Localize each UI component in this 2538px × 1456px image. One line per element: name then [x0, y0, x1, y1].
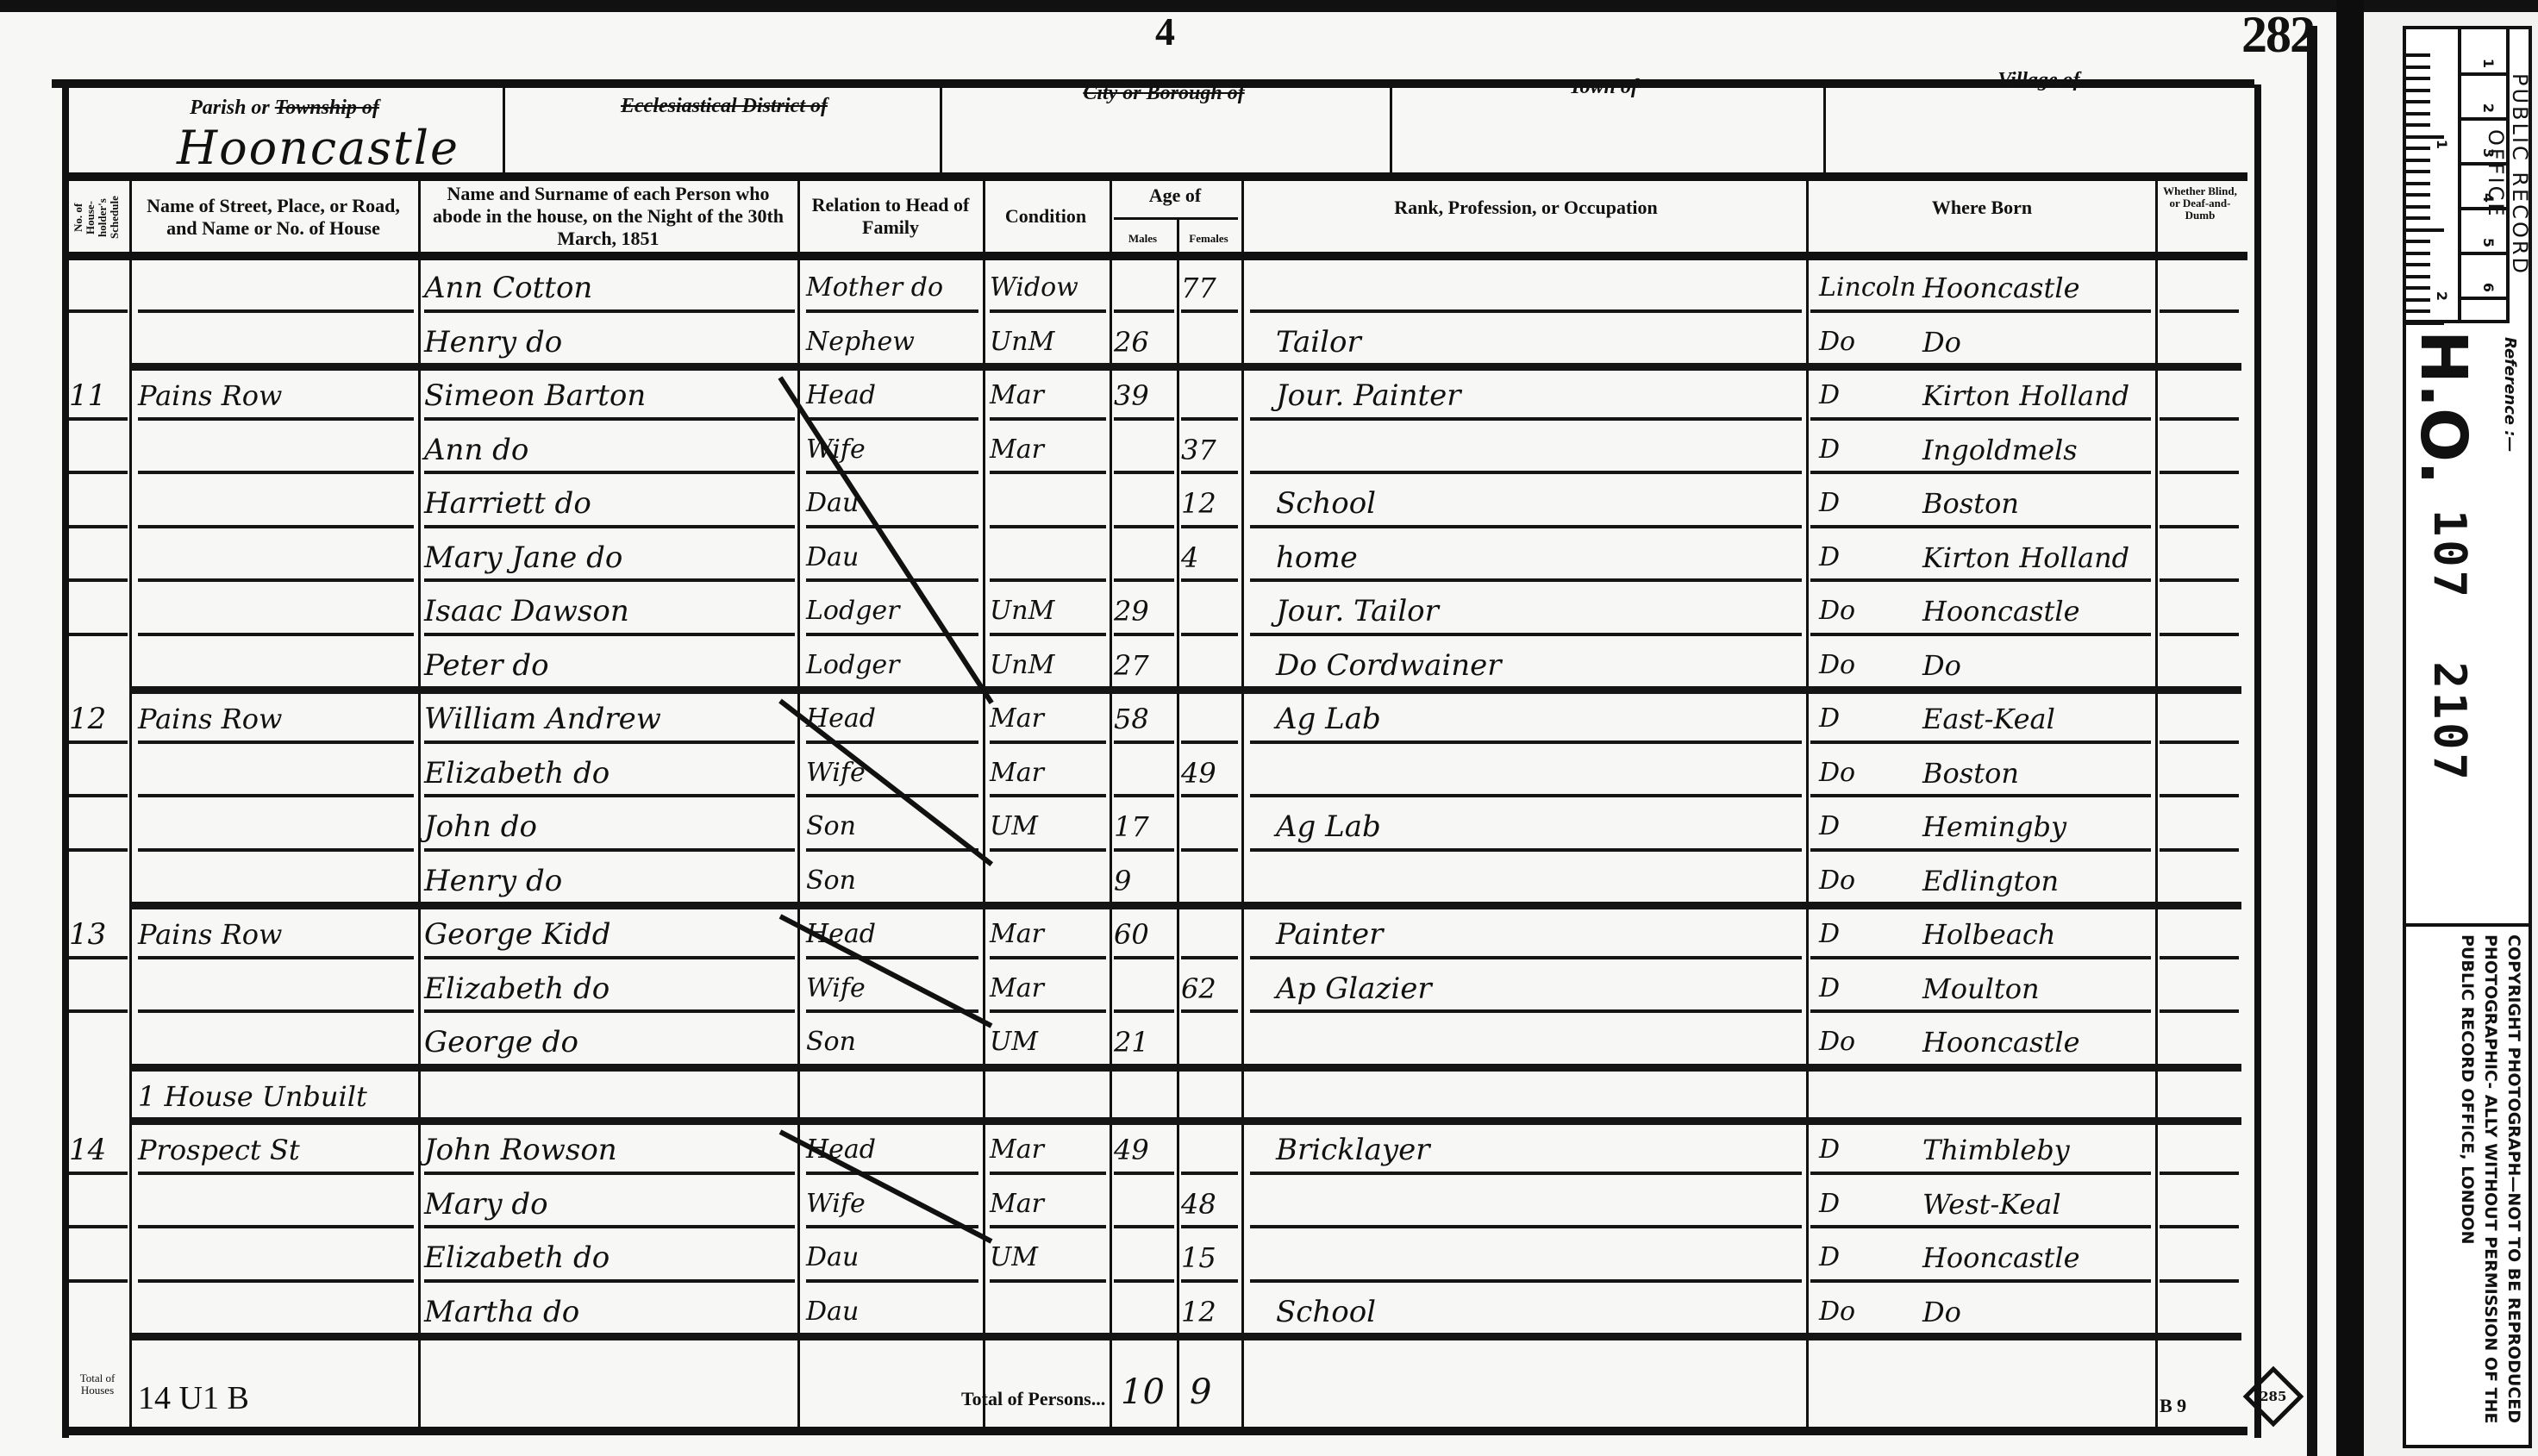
cell-male-age: 58: [1114, 702, 1149, 736]
cm-divider: [2458, 297, 2506, 300]
cell-male-age: 27: [1114, 648, 1149, 683]
ruler-tick: [2406, 193, 2430, 197]
row-rule: [1810, 740, 2151, 744]
cell-born-county: D: [1819, 1133, 1840, 1167]
row-rule: [1250, 956, 1802, 959]
row-rule: [2160, 848, 2239, 852]
row-rule: [138, 794, 414, 797]
cell-name: Ann do: [424, 433, 528, 467]
cell-name: Martha do: [424, 1295, 579, 1329]
reference-number: 107 2107: [2423, 509, 2475, 784]
cell-condition: Mar: [990, 756, 1044, 790]
ruler-tick: [2406, 89, 2430, 92]
cell-male-age: 9: [1114, 864, 1131, 898]
cell-female-age: 62: [1181, 972, 1216, 1006]
row-rule: [806, 956, 978, 959]
cell-condition: Mar: [990, 433, 1044, 467]
row-rule: [2160, 794, 2239, 797]
row-rule: [69, 525, 128, 528]
ruler-tick: [2406, 286, 2430, 290]
row-rule: [1114, 740, 1174, 744]
row-rule: [1250, 471, 1802, 474]
cell-name: John do: [424, 809, 537, 844]
cell-street: Pains Row: [138, 702, 282, 736]
page-number: 4: [1155, 9, 1175, 54]
cell-male-age: 60: [1114, 917, 1149, 952]
row-rule: [424, 578, 795, 582]
cell-born-place: Ingoldmels: [1922, 433, 2078, 467]
ruler-tick: [2406, 182, 2430, 185]
cell-relation: Son: [806, 864, 856, 898]
row-rule: [1114, 633, 1174, 636]
cell-born-county: D: [1819, 917, 1840, 952]
row-rule: [1810, 848, 2151, 852]
row-rule: [69, 740, 128, 744]
cell-name: Henry do: [424, 325, 562, 359]
cell-condition: UM: [990, 1025, 1038, 1059]
cell-male-age: 17: [1114, 809, 1149, 844]
col-header-relation: Relation to Head of Family: [800, 177, 981, 256]
parish-label: Parish or Township of: [78, 97, 491, 120]
cell-female-age: 77: [1181, 271, 1216, 305]
cell-condition: UM: [990, 1240, 1038, 1275]
reference-block: H.O. Reference :— 107 2107: [2406, 320, 2529, 927]
household-separator: [129, 902, 2241, 909]
row-rule: [69, 1009, 128, 1013]
cell-born-county: D: [1819, 702, 1840, 736]
cell-born-county: D: [1819, 378, 1840, 413]
row-rule: [1810, 1279, 2151, 1283]
row-rule: [69, 1279, 128, 1283]
cell-condition: Mar: [990, 917, 1044, 952]
row-rule: [2160, 1172, 2239, 1175]
cell-name: Elizabeth do: [424, 972, 609, 1006]
row-rule: [69, 471, 128, 474]
row-rule: [1250, 1172, 1802, 1175]
cell-condition: Mar: [990, 1187, 1044, 1222]
cell-name: Henry do: [424, 864, 562, 898]
divider: [1390, 86, 1392, 174]
row-rule: [1181, 956, 1238, 959]
ruler-tick: [2406, 205, 2430, 209]
cell-relation: Wife: [806, 1187, 866, 1222]
row-rule: [1114, 417, 1174, 421]
ruler-tick: [2406, 252, 2430, 255]
total-females: 9: [1190, 1375, 1211, 1409]
cell-born-place: Boston: [1922, 756, 2019, 790]
row-rule: [424, 633, 795, 636]
row-rule: [2160, 471, 2239, 474]
household-separator: [129, 686, 2241, 694]
ruler-tick: [2406, 170, 2430, 173]
ruler-tick: [2406, 263, 2430, 266]
cell-condition: Mar: [990, 972, 1044, 1006]
cell-born-county: D: [1819, 433, 1840, 467]
row-rule: [2160, 1279, 2239, 1283]
total-houses-value: 14 U1 B: [138, 1379, 249, 1417]
row-rule: [69, 417, 128, 421]
row-rule: [69, 1172, 128, 1175]
row-rule: [990, 1279, 1106, 1283]
cell-occupation: Ag Lab: [1276, 809, 1381, 844]
row-rule: [1181, 1172, 1238, 1175]
cell-occupation: Jour. Tailor: [1276, 594, 1439, 628]
row-rule: [2160, 578, 2239, 582]
row-rule: [1250, 848, 1802, 852]
cell-female-age: 48: [1181, 1187, 1216, 1222]
cell-condition: Widow: [990, 271, 1078, 305]
cell-born-county: D: [1819, 1187, 1840, 1222]
row-rule: [1810, 956, 2151, 959]
cell-born-place: East-Keal: [1922, 702, 2055, 736]
row-rule: [1114, 1279, 1174, 1283]
ruler-tick: [2406, 147, 2430, 150]
row-rule: [1181, 794, 1238, 797]
cell-female-age: 4: [1181, 541, 1198, 575]
row-rule: [2160, 633, 2239, 636]
row-rule: [1181, 1279, 1238, 1283]
cm-divider: [2458, 252, 2506, 255]
row-rule: [1114, 309, 1174, 313]
ruler-tick: [2406, 123, 2430, 127]
cell-condition: UnM: [990, 648, 1054, 683]
ruler-tick: [2406, 275, 2430, 278]
row-rule: [1810, 578, 2151, 582]
row-rule: [424, 1225, 795, 1228]
cell-no: 13: [69, 917, 106, 952]
scan-top-edge: [0, 0, 2538, 12]
row-rule: [1250, 1225, 1802, 1228]
row-rule: [1810, 1009, 2151, 1013]
col-header-schedule: No. of House-holder's Schedule: [69, 185, 124, 250]
row-rule: [138, 525, 414, 528]
cell-occupation: Ag Lab: [1276, 702, 1381, 736]
row-rule: [424, 848, 795, 852]
row-rule: [2160, 417, 2239, 421]
row-rule: [1250, 578, 1802, 582]
cell-female-age: 12: [1181, 1295, 1216, 1329]
cm-divider: [2458, 72, 2506, 76]
census-page: 4 282 Parish or Township of Hooncastle E…: [0, 0, 2345, 1456]
row-rule: [806, 1172, 978, 1175]
column-divider: [1177, 220, 1179, 1427]
cell-condition: Mar: [990, 1133, 1044, 1167]
cell-relation: Lodger: [806, 648, 900, 683]
col-header-street: Name of Street, Place, or Road, and Name…: [131, 179, 416, 255]
cell-female-age: 49: [1181, 756, 1216, 790]
ruler-tick: [2406, 66, 2430, 69]
row-rule: [806, 309, 978, 313]
cell-relation: Nephew: [806, 325, 915, 359]
cell-born-place: Thimbleby: [1922, 1133, 2070, 1167]
divider: [940, 86, 942, 174]
row-rule: [1810, 794, 2151, 797]
cell-condition: Mar: [990, 702, 1044, 736]
total-males: 10: [1121, 1375, 1165, 1409]
row-rule: [990, 956, 1106, 959]
cell-name: Isaac Dawson: [424, 594, 629, 628]
row-rule: [1250, 794, 1802, 797]
row-rule: [424, 794, 795, 797]
row-rule: [138, 417, 414, 421]
inch-scale: 12: [2406, 29, 2461, 323]
cell-male-age: 21: [1114, 1025, 1149, 1059]
cell-born-place: Moulton: [1922, 972, 2040, 1006]
row-rule: [424, 1009, 795, 1013]
folio-number: 282: [2241, 5, 2314, 65]
row-rule: [806, 471, 978, 474]
b-mark: B 9: [2160, 1395, 2186, 1417]
cell-name: Simeon Barton: [424, 378, 646, 413]
reference-series: H.O.: [2411, 330, 2475, 484]
col-header-condition: Condition: [985, 177, 1107, 256]
cell-relation: Head: [806, 378, 876, 413]
cell-name: Mary Jane do: [424, 541, 622, 575]
row-rule: [1250, 1279, 1802, 1283]
cell-relation: Son: [806, 1025, 856, 1059]
row-rule: [990, 417, 1106, 421]
row-rule: [1114, 525, 1174, 528]
cell-born-county: D: [1819, 972, 1840, 1006]
cell-female-age: 12: [1181, 486, 1216, 521]
cell-no: 11: [69, 378, 106, 413]
row-rule: [990, 309, 1106, 313]
cell-relation: Dau: [806, 1295, 859, 1329]
copyright-notice: COPYRIGHT PHOTOGRAPH—NOT TO BE REPRODUCE…: [2411, 934, 2525, 1434]
row-rule: [138, 956, 414, 959]
city-label: City or Borough of: [948, 82, 1379, 105]
col-header-where-born: Where Born: [1810, 168, 2154, 247]
cell-born-county: D: [1819, 486, 1840, 521]
row-rule: [2160, 1225, 2239, 1228]
row-rule: [990, 794, 1106, 797]
row-rule: [138, 848, 414, 852]
row-rule: [138, 1225, 414, 1228]
ruler-tick: [2406, 135, 2444, 139]
row-rule: [2160, 956, 2239, 959]
cell-male-age: 26: [1114, 325, 1149, 359]
inch-label: 1: [2434, 140, 2450, 149]
cell-name: Peter do: [424, 648, 549, 683]
total-persons-label: Total of Persons...: [961, 1388, 1105, 1410]
row-rule: [1250, 1009, 1802, 1013]
row-rule: [1114, 848, 1174, 852]
cell-street: 1 House Unbuilt: [138, 1079, 367, 1114]
divider: [503, 86, 505, 174]
row-rule: [1181, 1009, 1238, 1013]
cell-occupation: Tailor: [1276, 325, 1361, 359]
row-rule: [1250, 633, 1802, 636]
town-label: Town of: [1397, 76, 1810, 99]
row-rule: [69, 309, 128, 313]
cell-condition: UnM: [990, 325, 1054, 359]
cell-male-age: 39: [1114, 378, 1149, 413]
row-rule: [990, 1172, 1106, 1175]
ruler-title: PUBLIC RECORD OFFICE: [2508, 36, 2532, 312]
row-rule: [806, 417, 978, 421]
cell-name: George Kidd: [424, 917, 611, 952]
col-header-blind: Whether Blind, or Deaf-and-Dumb: [2157, 164, 2243, 243]
cell-occupation: School: [1276, 1295, 1376, 1329]
cell-born-place: Hooncastle: [1922, 594, 2080, 628]
divider: [1823, 86, 1826, 174]
row-rule: [1181, 309, 1238, 313]
row-rule: [1250, 417, 1802, 421]
row-rule: [1181, 525, 1238, 528]
age-divider: [1114, 217, 1238, 220]
cell-name: Harriett do: [424, 486, 591, 521]
cell-relation: Son: [806, 809, 856, 844]
row-rule: [1114, 471, 1174, 474]
cell-born-place: Hooncastle: [1922, 1240, 2080, 1275]
cell-born-place: Do: [1922, 648, 1961, 683]
row-rule: [990, 1225, 1106, 1228]
row-rule: [806, 525, 978, 528]
total-houses-label: Total of Houses: [67, 1372, 128, 1397]
cell-relation: Mother do: [806, 271, 943, 305]
row-rule: [1181, 848, 1238, 852]
cell-born-place: Holbeach: [1922, 917, 2055, 952]
cell-name: Elizabeth do: [424, 756, 609, 790]
cell-born-place: Kirton Holland: [1922, 378, 2129, 413]
pro-reference-ruler: 12 123456 PUBLIC RECORD OFFICE H.O. Refe…: [2403, 26, 2532, 1448]
cell-occupation: home: [1276, 541, 1358, 575]
cell-condition: UnM: [990, 594, 1054, 628]
ruler-tick: [2406, 309, 2430, 313]
household-separator: [129, 1333, 2241, 1340]
row-rule: [1181, 471, 1238, 474]
row-rule: [806, 1225, 978, 1228]
cell-name: Mary do: [424, 1187, 548, 1222]
cell-born-place: Boston: [1922, 486, 2019, 521]
cell-occupation: School: [1276, 486, 1376, 521]
row-rule: [806, 633, 978, 636]
row-rule: [69, 578, 128, 582]
row-rule: [1250, 525, 1802, 528]
row-rule: [1181, 633, 1238, 636]
row-rule: [138, 578, 414, 582]
cell-born-county: Do: [1819, 1295, 1855, 1329]
row-rule: [424, 1172, 795, 1175]
cell-born-place: Edlington: [1922, 864, 2059, 898]
row-rule: [1114, 1225, 1174, 1228]
cell-born-place: Kirton Holland: [1922, 541, 2129, 575]
row-rule: [2160, 740, 2239, 744]
row-rule: [138, 633, 414, 636]
row-rule: [69, 1225, 128, 1228]
ruler-tick: [2406, 298, 2430, 302]
row-rule: [1181, 578, 1238, 582]
cell-occupation: Do Cordwainer: [1276, 648, 1502, 683]
row-rule: [990, 471, 1106, 474]
ruler-tick: [2406, 216, 2430, 220]
col-header-age: Age of: [1110, 177, 1240, 215]
ruler-tick: [2406, 53, 2430, 57]
cell-street: Prospect St: [138, 1133, 300, 1167]
row-rule: [2160, 1009, 2239, 1013]
ruler-tick: [2406, 77, 2430, 80]
row-rule: [990, 578, 1106, 582]
cell-name: Elizabeth do: [424, 1240, 609, 1275]
row-rule: [806, 848, 978, 852]
cell-no: 12: [69, 702, 106, 736]
row-rule: [990, 1009, 1106, 1013]
cell-born-place: Do: [1922, 1295, 1961, 1329]
cell-born-county: D: [1819, 541, 1840, 575]
ruler-tick: [2406, 112, 2430, 116]
row-rule: [1181, 740, 1238, 744]
cell-born-place: West-Keal: [1922, 1187, 2061, 1222]
cell-born-county: Do: [1819, 648, 1855, 683]
row-rule: [806, 1009, 978, 1013]
row-rule: [1250, 740, 1802, 744]
cell-condition: UM: [990, 809, 1038, 844]
row-rule: [138, 1279, 414, 1283]
household-separator: [129, 1117, 2241, 1125]
cm-label: 6: [2480, 283, 2497, 292]
cell-female-age: 15: [1181, 1240, 1216, 1275]
row-rule: [69, 956, 128, 959]
cell-name: William Andrew: [424, 702, 661, 736]
col-header-males: Males: [1110, 226, 1175, 252]
row-rule: [1810, 417, 2151, 421]
cell-born-county: Do: [1819, 1025, 1855, 1059]
col-header-occupation: Rank, Profession, or Occupation: [1345, 168, 1707, 247]
row-rule: [138, 309, 414, 313]
row-rule: [1114, 956, 1174, 959]
cell-born-place: Hemingby: [1922, 809, 2066, 844]
cell-born-county: D: [1819, 1240, 1840, 1275]
row-rule: [1114, 1172, 1174, 1175]
reference-label: Reference :—: [2501, 337, 2519, 452]
cell-born-county: Do: [1819, 594, 1855, 628]
row-rule: [69, 794, 128, 797]
cell-male-age: 29: [1114, 594, 1149, 628]
row-rule: [990, 633, 1106, 636]
row-rule: [1250, 309, 1802, 313]
household-separator: [129, 363, 2241, 371]
scan-gutter: [2336, 0, 2364, 1456]
row-rule: [138, 471, 414, 474]
cell-born-county: Lincoln: [1819, 271, 1916, 305]
ruler-tick: [2406, 228, 2444, 232]
row-rule: [1810, 1172, 2151, 1175]
row-rule: [1114, 1009, 1174, 1013]
cell-name: George do: [424, 1025, 578, 1059]
row-rule: [990, 525, 1106, 528]
cell-relation: Dau: [806, 1240, 859, 1275]
row-rule: [1810, 309, 2151, 313]
row-rule: [806, 794, 978, 797]
cell-occupation: Ap Glazier: [1276, 972, 1432, 1006]
col-header-name: Name and Surname of each Person who abod…: [421, 177, 796, 256]
household-separator: [129, 1064, 2241, 1072]
row-rule: [1810, 633, 2151, 636]
cell-occupation: Painter: [1276, 917, 1383, 952]
row-rule: [1810, 1225, 2151, 1228]
row-rule: [69, 633, 128, 636]
row-rule: [69, 848, 128, 852]
cell-relation: Dau: [806, 541, 859, 575]
row-rule: [424, 956, 795, 959]
cell-born-county: Do: [1819, 325, 1855, 359]
row-rule: [806, 1279, 978, 1283]
ruler-tick: [2406, 159, 2430, 162]
cell-occupation: Bricklayer: [1276, 1133, 1429, 1167]
row-rule: [138, 740, 414, 744]
village-label: Village of: [1836, 69, 2241, 92]
cell-name: Ann Cotton: [424, 271, 592, 305]
